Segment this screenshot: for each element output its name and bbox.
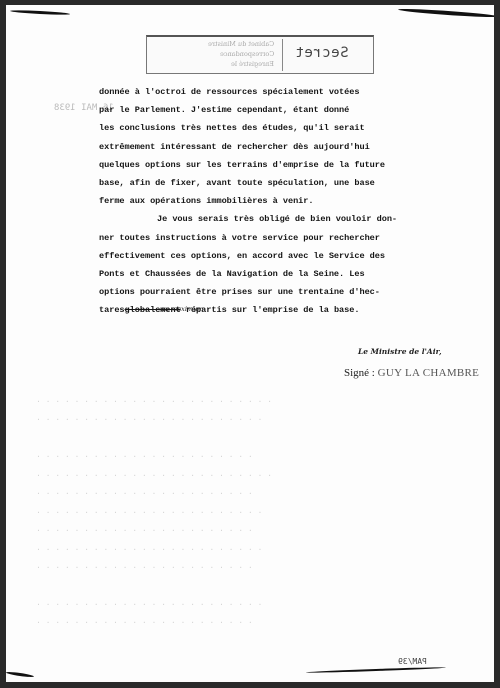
registry-stamp: Cabinet du Ministre Correspondance Enreg… [146,35,374,74]
last-line-prefix: tares [99,305,125,315]
bleed-through-text: · · · · · · · · · · · · · · · · · · · · … [36,600,262,609]
letter-line: Ponts et Chaussées de la Navigation de l… [99,265,479,283]
bleed-through-text: · · · · · · · · · · · · · · · · · · · · … [36,526,253,535]
secret-stamp-label: Secret [295,45,349,61]
handwritten-insert: au maximum [161,305,203,313]
signature-line: Signé : GUY LA CHAMBRE [344,367,479,379]
stamp-line: Cabinet du Ministre [208,40,274,48]
letter-body: donnée à l'octroi de ressources spéciale… [99,83,479,320]
letter-line: Je vous serais très obligé de bien voulo… [99,210,479,228]
document-page: Cabinet du Ministre Correspondance Enreg… [6,5,494,682]
signatory-title: Le Ministre de l'Air, [358,347,442,356]
torn-edge-top-right [398,8,494,19]
letter-last-line: taresglobalement répartis sur l'emprise … [99,301,479,319]
stamp-divider [282,39,283,71]
bleed-through-text: · · · · · · · · · · · · · · · · · · · · … [36,471,272,480]
footer-stamp: PAM/39 [398,657,427,666]
letter-line: effectivement ces options, en accord ave… [99,247,479,265]
stamp-registry-lines: Cabinet du Ministre Correspondance Enreg… [147,37,282,73]
signatory-name: GUY LA CHAMBRE [378,367,480,379]
bleed-through-text: · · · · · · · · · · · · · · · · · · · · … [36,508,262,517]
letter-line: quelques options sur les terrains d'empr… [99,156,479,174]
letter-line: ferme aux opérations immobilières à veni… [99,192,479,210]
letter-line: par le Parlement. J'estime cependant, ét… [99,101,479,119]
bleed-through-text: · · · · · · · · · · · · · · · · · · · · … [36,545,262,554]
last-line-suffix: répartis sur l'emprise de la base. [181,305,360,315]
letter-line: les conclusions très nettes des études, … [99,119,479,137]
letter-line: options pourraient être prises sur une t… [99,283,479,301]
stamp-line: Correspondance [220,50,274,58]
bleed-through-text: · · · · · · · · · · · · · · · · · · · · … [36,452,253,461]
letter-line: extrêmement intéressant de rechercher dè… [99,138,479,156]
stamp-line: Enregistré le [231,60,274,68]
bleed-through-text: · · · · · · · · · · · · · · · · · · · · … [36,415,262,424]
torn-edge-top-left [10,9,70,15]
bleed-through-text: · · · · · · · · · · · · · · · · · · · · … [36,489,253,498]
torn-edge-bottom-left [6,671,34,678]
letter-line: base, afin de fixer, avant toute spécula… [99,174,479,192]
signed-label: Signé : [344,367,378,379]
letter-line: donnée à l'octroi de ressources spéciale… [99,83,479,101]
bleed-through-text: · · · · · · · · · · · · · · · · · · · · … [36,563,253,572]
letter-line: ner toutes instructions à votre service … [99,229,479,247]
torn-edge-bottom [306,667,446,674]
bleed-through-text: · · · · · · · · · · · · · · · · · · · · … [36,397,272,406]
bleed-through-text: · · · · · · · · · · · · · · · · · · · · … [36,618,253,627]
